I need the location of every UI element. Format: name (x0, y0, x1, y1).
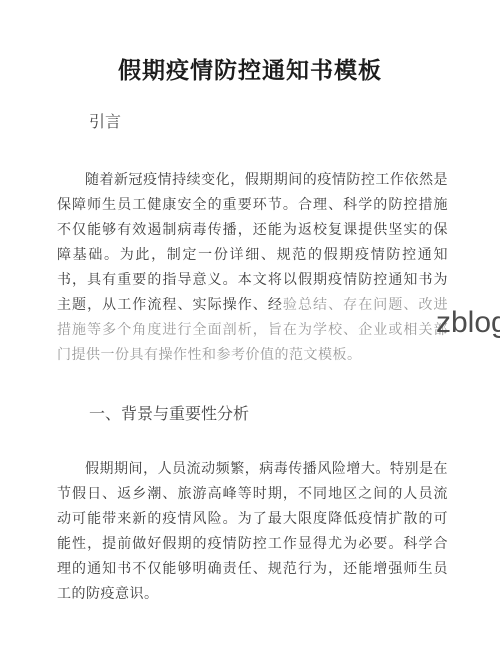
document-body: 引言 随着新冠疫情持续变化，假期期间的疫情防控工作依然是保障师生员工健康安全的重… (57, 112, 448, 607)
document-title: 假期疫情防控通知书模板 (30, 54, 470, 86)
section-one-paragraph: 假期期间，人员流动频繁，病毒传播风险增大。特别是在节假日、返乡潮、旅游高峰等时期… (57, 457, 448, 607)
zblog-watermark: zblog (436, 303, 500, 343)
section-one-heading: 一、背景与重要性分析 (57, 404, 448, 426)
intro-paragraph: 随着新冠疫情持续变化，假期期间的疫情防控工作依然是保障师生员工健康安全的重要环节… (57, 168, 448, 368)
document-page: 假期疫情防控通知书模板 引言 随着新冠疫情持续变化，假期期间的疫情防控工作依然是… (0, 0, 500, 647)
intro-paragraph-main: 随着新冠疫情持续变化，假期期间的疫情防控工作依然是保障师生员工健康安全的重要环节… (57, 173, 448, 313)
intro-heading: 引言 (57, 112, 448, 134)
